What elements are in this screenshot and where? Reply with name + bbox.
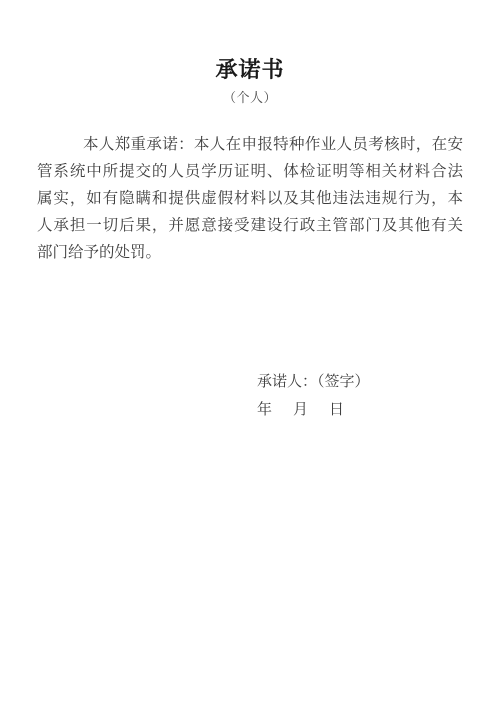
commitment-paragraph: 本人郑重承诺：本人在申报特种作业人员考核时，在安 管系统中所提交的人员学历证明、…	[37, 131, 463, 266]
paragraph-line: 管系统中所提交的人员学历证明、体检证明等相关材料合法	[37, 158, 463, 185]
page-subtitle: （个人）	[0, 90, 500, 106]
paragraph-line: 本人郑重承诺：本人在申报特种作业人员考核时，在安	[37, 131, 463, 158]
document-page: 承诺书 （个人） 本人郑重承诺：本人在申报特种作业人员考核时，在安 管系统中所提…	[0, 0, 500, 707]
paragraph-line: 属实，如有隐瞒和提供虚假材料以及其他违法违规行为，本	[37, 185, 463, 212]
date-line: 年 月 日	[257, 401, 347, 420]
paragraph-line: 部门给予的处罚。	[37, 239, 463, 266]
signer-line: 承诺人：（签字）	[257, 373, 370, 392]
paragraph-line: 人承担一切后果，并愿意接受建设行政主管部门及其他有关	[37, 212, 463, 239]
signature-block: 承诺人：（签字）	[257, 373, 370, 392]
page-title: 承诺书	[0, 56, 500, 84]
